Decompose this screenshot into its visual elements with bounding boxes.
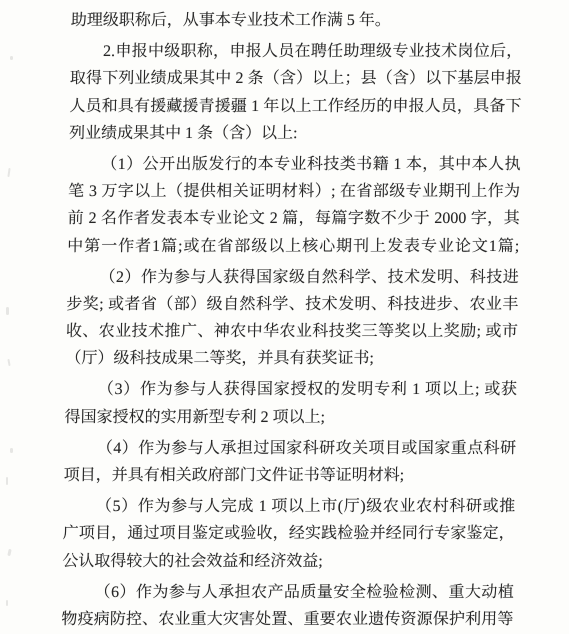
scan-artifact	[7, 168, 10, 177]
scan-artifact	[7, 359, 10, 366]
text-line: 广项目，通过项目鉴定或验收，经实践检验并经同行专家鉴定，	[63, 520, 515, 547]
text-line: 步奖; 或者省（部）级自然科学、技术发明、科技进步、农业丰	[66, 291, 518, 318]
scan-artifact	[6, 600, 8, 606]
scan-artifact	[6, 477, 8, 485]
text-line: （5）作为参与人完成 1 项以上市(厅)级农业农村科研或推	[63, 493, 515, 520]
scan-artifact	[6, 307, 9, 315]
text-line: （厅）级科技成果二等奖，并具有获奖证书;	[65, 345, 517, 372]
document-page: 助理级职称后，从事本专业技术工作满 5 年。2.申报中级职称，申报人员在聘任助理…	[0, 0, 569, 634]
text-line: 列业绩成果其中 1 条（含）以上:	[69, 120, 521, 147]
text-column: 助理级职称后，从事本专业技术工作满 5 年。2.申报中级职称，申报人员在聘任助理…	[61, 7, 523, 633]
text-line: 助理级职称后，从事本专业技术工作满 5 年。	[71, 7, 523, 34]
scan-artifact	[7, 549, 11, 556]
text-line: 前 2 名作者发表本专业论文 2 篇，每篇字数不少于 2000 字，其	[67, 205, 519, 232]
scan-artifact	[10, 448, 13, 453]
text-line: （3）作为参与人获得国家授权的发明专利 1 项以上; 或获	[65, 376, 517, 403]
text-line: （4）作为参与人承担过国家科研攻关项目或国家重点科研	[64, 435, 516, 462]
text-line: 人员和具有援藏援青援疆 1 年以上工作经历的申报人员，具备下	[69, 93, 521, 120]
text-line: 公认取得较大的社会效益和经济效益;	[62, 548, 514, 575]
scan-artifact	[10, 56, 13, 60]
text-line: 2.申报中级职称，申报人员在聘任助理级专业技术岗位后，	[70, 38, 522, 65]
text-line: 取得下列业绩成果其中 2 条（含）以上；县（含）以下基层申报	[70, 65, 522, 92]
text-line: 物疫病防控、农业重大灾害处置、重要农业遗传资源保护利用等	[61, 606, 513, 633]
text-line: 得国家授权的实用新型专利 2 项以上;	[64, 404, 516, 431]
text-line: 项目，并具有相关政府部门文件证书等证明材料;	[63, 462, 515, 489]
text-line: （2）作为参与人获得国家级自然科学、技术发明、科技进	[67, 264, 519, 291]
text-line: （6）作为参与人承担农产品质量安全检验检测、重大动植	[62, 579, 514, 606]
text-line: （1）公开出版发行的本专业科技类书籍 1 本，其中本人执	[68, 151, 520, 178]
text-line: 中第一作者1篇;或在省部级以上核心期刊上发表专业论文1篇;	[67, 233, 519, 260]
text-line: 笔 3 万字以上（提供相关证明材料）; 在省部级专业期刊上作为	[68, 178, 520, 205]
text-line: 收、农业技术推广、神农中华农业科技奖三等奖以上奖励; 或市	[66, 318, 518, 345]
